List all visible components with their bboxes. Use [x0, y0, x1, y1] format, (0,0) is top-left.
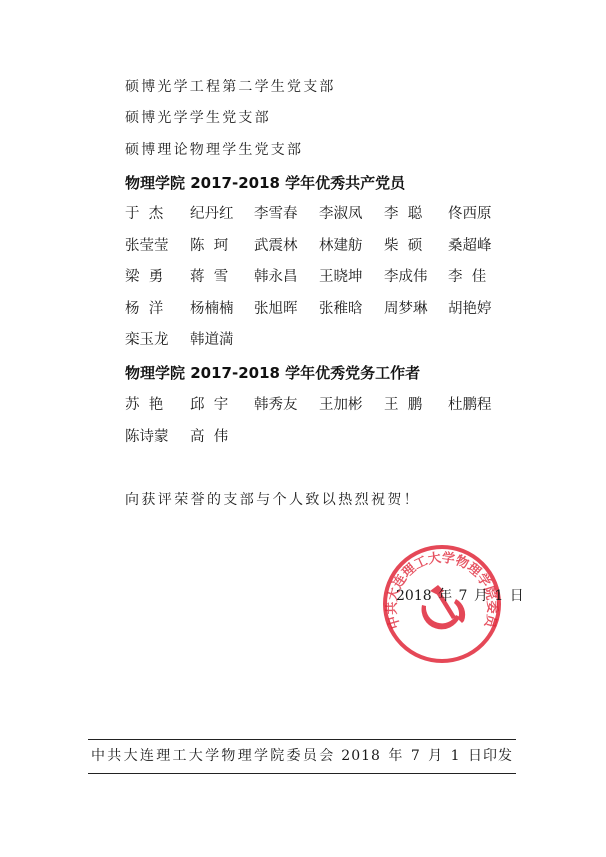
person-name: 李淑凤	[319, 204, 363, 224]
person-name: 梁 勇	[125, 267, 163, 287]
names-row: 苏 艳邱 宇韩秀友王加彬王 鹏杜鹏程	[125, 395, 525, 415]
person-name: 韩道満	[190, 330, 234, 350]
names-row: 栾玉龙韩道満	[125, 330, 525, 350]
person-name: 周梦琳	[384, 299, 428, 319]
branch-item: 硕博理论物理学生党支部	[125, 140, 303, 160]
person-name: 李成伟	[384, 267, 428, 287]
person-name: 张莹莹	[125, 236, 169, 256]
person-name: 陈诗蒙	[125, 427, 169, 447]
person-name: 纪丹红	[190, 204, 234, 224]
person-name: 杨 洋	[125, 299, 163, 319]
person-name: 王加彬	[319, 395, 363, 415]
footer-org: 中共大连理工大学物理学院委员会	[91, 746, 336, 766]
signature-date: 2018 年 7 月 1 日	[396, 586, 524, 606]
person-name: 胡艳婷	[448, 299, 492, 319]
person-name: 韩永昌	[254, 267, 298, 287]
person-name: 栾玉龙	[125, 330, 169, 350]
closing-message: 向获评荣誉的支部与个人致以热烈祝贺！	[125, 490, 420, 510]
person-name: 李 聪	[384, 204, 422, 224]
footer-issue-date: 2018 年 7 月 1 日印发	[341, 746, 513, 766]
person-name: 于 杰	[125, 204, 163, 224]
footer-top-rule	[88, 739, 516, 740]
person-name: 杨楠楠	[190, 299, 234, 319]
person-name: 林建舫	[319, 236, 363, 256]
person-name: 李 佳	[448, 267, 486, 287]
branch-item: 硕博光学学生党支部	[125, 108, 271, 128]
person-name: 张稚晗	[319, 299, 363, 319]
person-name: 邱 宇	[190, 395, 228, 415]
names-row: 张莹莹陈 珂武震林林建舫柴 硕桑超峰	[125, 236, 525, 256]
person-name: 张旭晖	[254, 299, 298, 319]
person-name: 苏 艳	[125, 395, 163, 415]
person-name: 杜鹏程	[448, 395, 492, 415]
person-name: 武震林	[254, 236, 298, 256]
names-row: 梁 勇蒋 雪韩永昌王晓坤李成伟李 佳	[125, 267, 525, 287]
person-name: 李雪春	[254, 204, 298, 224]
person-name: 柴 硕	[384, 236, 422, 256]
footer: 中共大连理工大学物理学院委员会 2018 年 7 月 1 日印发	[91, 746, 513, 766]
person-name: 桑超峰	[448, 236, 492, 256]
footer-bottom-rule	[88, 773, 516, 774]
person-name: 王 鹏	[384, 395, 422, 415]
person-name: 韩秀友	[254, 395, 298, 415]
section-title-workers: 物理学院 2017-2018 学年优秀党务工作者	[125, 363, 420, 383]
person-name: 蒋 雪	[190, 267, 228, 287]
names-row: 于 杰纪丹红李雪春李淑凤李 聪佟西原	[125, 204, 525, 224]
person-name: 高 伟	[190, 427, 228, 447]
names-row: 陈诗蒙高 伟	[125, 427, 525, 447]
section-title-members: 物理学院 2017-2018 学年优秀共产党员	[125, 173, 405, 193]
branch-item: 硕博光学工程第二学生党支部	[125, 77, 336, 97]
person-name: 佟西原	[448, 204, 492, 224]
person-name: 陈 珂	[190, 236, 228, 256]
person-name: 王晓坤	[319, 267, 363, 287]
names-row: 杨 洋杨楠楠张旭晖张稚晗周梦琳胡艳婷	[125, 299, 525, 319]
